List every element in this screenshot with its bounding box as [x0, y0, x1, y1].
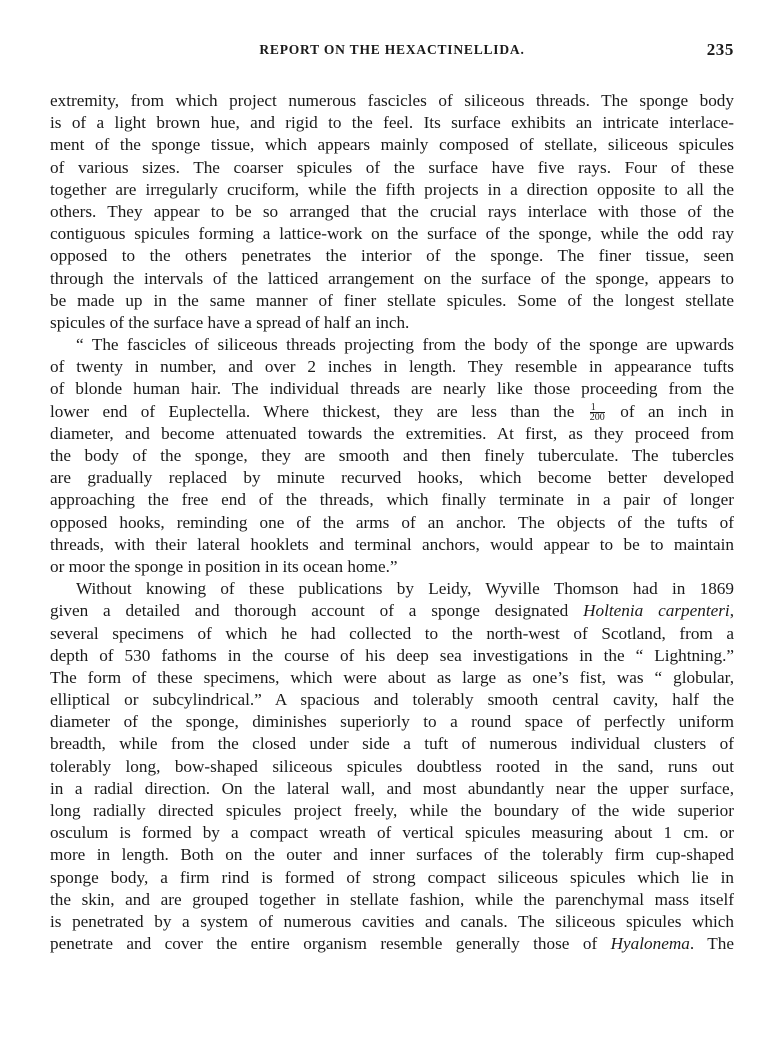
text-line: sponge body, a firm rind is formed of st… — [50, 867, 734, 889]
text-line: or moor the sponge in position in its oc… — [50, 556, 734, 578]
text-line: The form of these specimens, which were … — [50, 667, 734, 689]
text-line: several specimens of which he had collec… — [50, 623, 734, 645]
paragraph-1: extremity, from which project numerous f… — [50, 90, 734, 334]
text-line: given a detailed and thorough account of… — [50, 600, 734, 622]
text-line: of twenty in number, and over 2 inches i… — [50, 356, 734, 378]
text-line: in a radial direction. On the lateral wa… — [50, 778, 734, 800]
text-line: approaching the free end of the threads,… — [50, 489, 734, 511]
body-text: extremity, from which project numerous f… — [50, 90, 734, 955]
text-line: “ The fascicles of siliceous threads pro… — [50, 334, 734, 356]
page-number: 235 — [707, 40, 734, 60]
text-line: opposed to the others penetrates the int… — [50, 245, 734, 267]
text-line: threads, with their lateral hooklets and… — [50, 534, 734, 556]
text-line: tolerably long, bow-shaped siliceous spi… — [50, 756, 734, 778]
text-line: the body of the sponge, they are smooth … — [50, 445, 734, 467]
text-line: is penetrated by a system of numerous ca… — [50, 911, 734, 933]
text-line: through the intervals of the latticed ar… — [50, 268, 734, 290]
text-line: is of a light brown hue, and rigid to th… — [50, 112, 734, 134]
running-head: REPORT ON THE HEXACTINELLIDA. 235 — [50, 40, 734, 70]
species-name-italic: Holtenia carpenteri — [583, 601, 730, 620]
text-line: of various sizes. The coarser spicules o… — [50, 157, 734, 179]
paragraph-3: Without knowing of these publications by… — [50, 578, 734, 955]
text-line: together are irregularly cruciform, whil… — [50, 179, 734, 201]
text-line: diameter, and become attenuated towards … — [50, 423, 734, 445]
text-line: Without knowing of these publications by… — [50, 578, 734, 600]
text-line: diameter of the sponge, diminishes super… — [50, 711, 734, 733]
paragraph-2-quotation: “ The fascicles of siliceous threads pro… — [50, 334, 734, 578]
text-line: extremity, from which project numerous f… — [50, 90, 734, 112]
text-line: of blonde human hair. The individual thr… — [50, 378, 734, 400]
text-line: ment of the sponge tissue, which appears… — [50, 134, 734, 156]
text-line: long radially directed spicules project … — [50, 800, 734, 822]
text-line: osculum is formed by a compact wreath of… — [50, 822, 734, 844]
text-line: depth of 530 fathoms in the course of hi… — [50, 645, 734, 667]
text-line: spicules of the surface have a spread of… — [50, 312, 734, 334]
text-line: more in length. Both on the outer and in… — [50, 844, 734, 866]
text-line: breadth, while from the closed under sid… — [50, 733, 734, 755]
text-line: be made up in the same manner of finer s… — [50, 290, 734, 312]
text-line: contiguous spicules forming a lattice-wo… — [50, 223, 734, 245]
text-line: elliptical or subcylindrical.” A spaciou… — [50, 689, 734, 711]
text-line: the skin, and are grouped together in st… — [50, 889, 734, 911]
text-line: others. They appear to be so arranged th… — [50, 201, 734, 223]
page: REPORT ON THE HEXACTINELLIDA. 235 extrem… — [50, 40, 734, 955]
text-line: opposed hooks, reminding one of the arms… — [50, 512, 734, 534]
fraction-one-two-hundredth: 1200 — [590, 403, 605, 422]
genus-name-italic: Hyalonema — [611, 934, 690, 953]
text-line: penetrate and cover the entire organism … — [50, 933, 734, 955]
text-line: lower end of Euplectella. Where thickest… — [50, 401, 734, 423]
running-title: REPORT ON THE HEXACTINELLIDA. — [50, 42, 734, 58]
text-line: are gradually replaced by minute recurve… — [50, 467, 734, 489]
